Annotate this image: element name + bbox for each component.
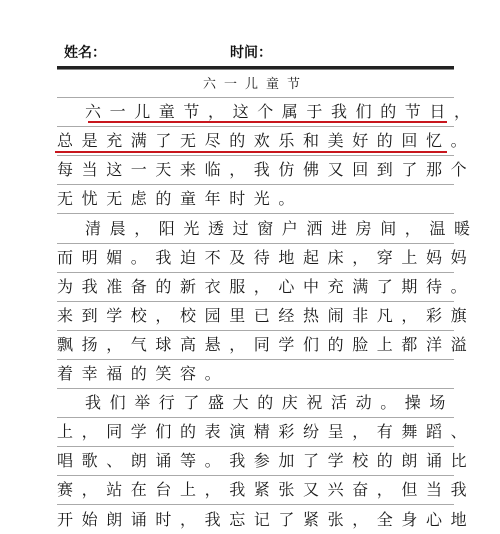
essay-line: 上，同学们的表演精彩纷呈，有舞蹈、	[57, 418, 454, 447]
ruled-essay-sheet: 六一儿童节 六一儿童节，这个属于我们的节日， 总是充满了无尽的欢乐和美好的回忆。…	[57, 69, 454, 534]
red-underline-annotation	[55, 151, 447, 153]
red-underline-annotation	[88, 121, 447, 123]
essay-line: 着幸福的笑容。	[57, 360, 454, 389]
essay-line: 清晨，阳光透过窗户洒进房间，温暖	[57, 214, 454, 243]
essay-line: 每当这一天来临，我仿佛又回到了那个	[57, 156, 454, 185]
essay-line: 无忧无虑的童年时光。	[57, 185, 454, 214]
worksheet-header: 姓名： 时间：	[0, 40, 500, 62]
essay-line: 赛，站在台上，我紧张又兴奋，但当我	[57, 476, 454, 505]
essay-line: 来到学校，校园里已经热闹非凡，彩旗	[57, 302, 454, 331]
essay-title-line: 六一儿童节	[57, 69, 454, 98]
essay-line: 唱歌、朗诵等。我参加了学校的朗诵比	[57, 447, 454, 476]
essay-line: 而明媚。我迫不及待地起床，穿上妈妈	[57, 244, 454, 273]
time-label: 时间：	[230, 42, 272, 62]
name-label: 姓名：	[64, 42, 106, 62]
essay-line: 飘扬，气球高悬，同学们的脸上都洋溢	[57, 331, 454, 360]
essay-line: 开始朗诵时，我忘记了紧张，全身心地	[57, 505, 454, 534]
essay-line: 为我准备的新衣服，心中充满了期待。	[57, 273, 454, 302]
essay-title: 六一儿童节	[57, 73, 454, 92]
essay-line: 我们举行了盛大的庆祝活动。操场	[57, 389, 454, 418]
